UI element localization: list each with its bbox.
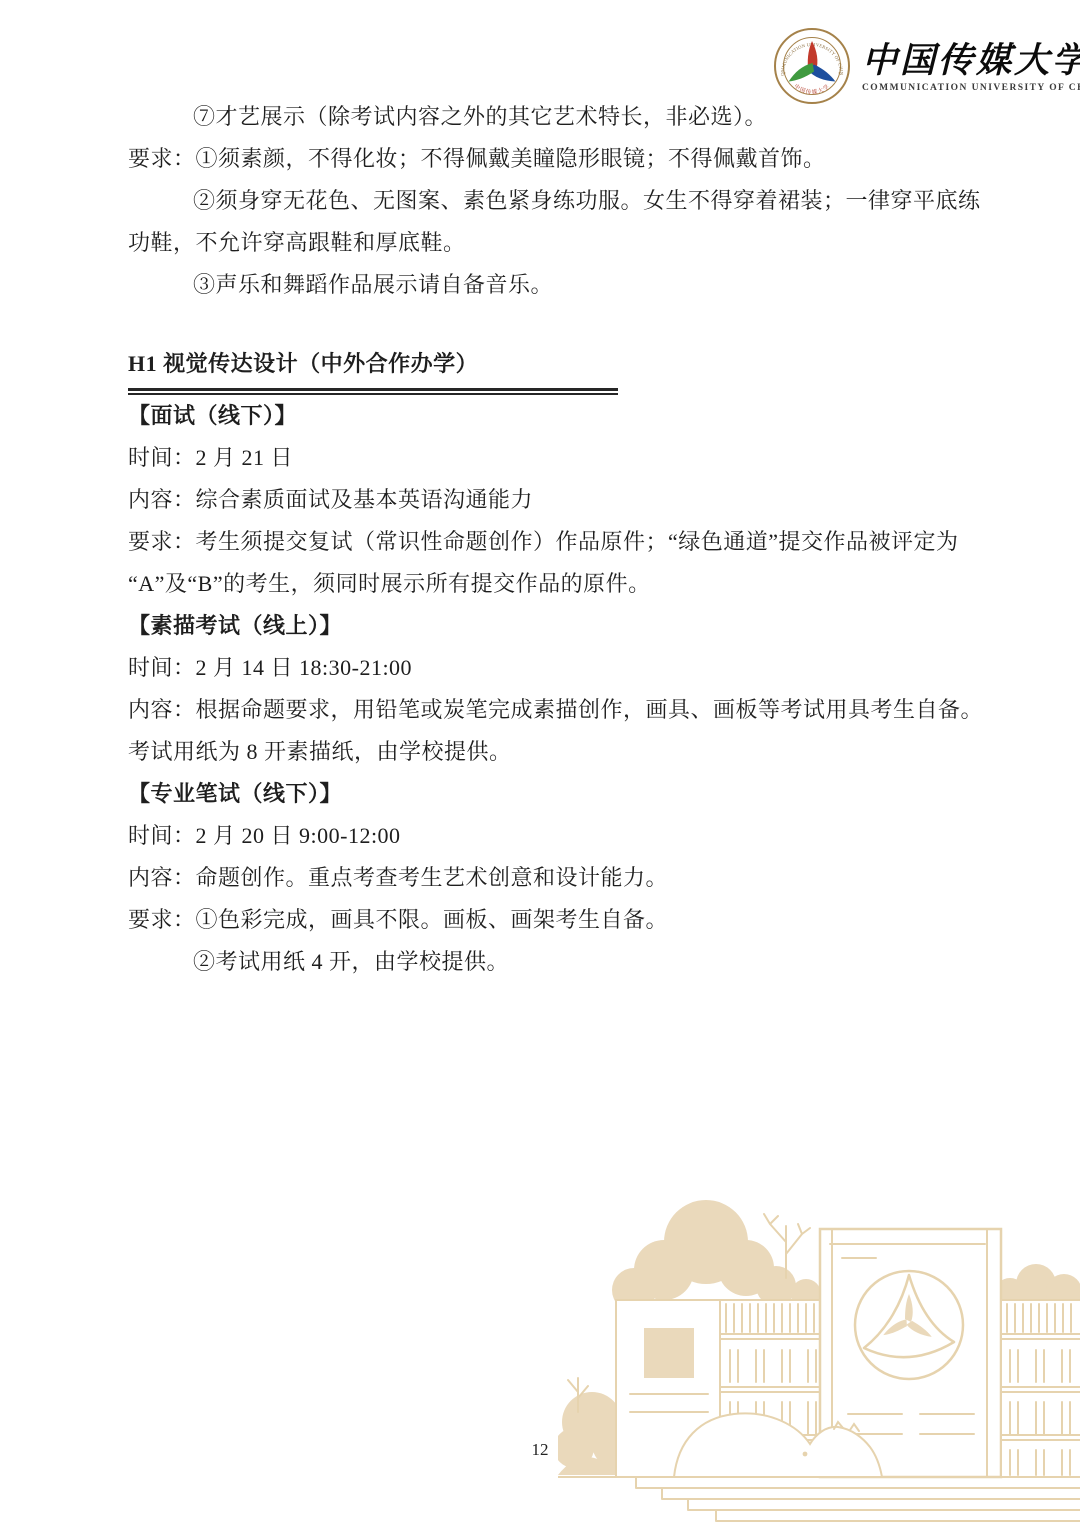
intro-line: ⑦才艺展示（除考试内容之外的其它艺术特长，非必选）。 [128,96,956,138]
exam-subheading-written: 【专业笔试（线下）】 [128,773,956,815]
time-line: 时间：2 月 14 日 18:30-21:00 [128,647,956,689]
university-name-zh: 中国传媒大学 [862,39,1080,83]
requirement-line: 功鞋，不允许穿高跟鞋和厚底鞋。 [128,222,956,264]
heading-divider [128,388,618,395]
content-line: 内容：命题创作。重点考查考生艺术创意和设计能力。 [128,857,956,899]
exam-subheading-interview: 【面试（线下）】 [128,395,956,437]
time-line: 时间：2 月 21 日 [128,437,956,479]
page-number: 12 [0,1440,1080,1460]
document-page: COMMUNICATION UNIVERSITY OF CHINA 中国传媒大学… [0,0,1080,1527]
time-line: 时间：2 月 20 日 9:00-12:00 [128,815,956,857]
requirement-line: ②须身穿无花色、无图案、素色紧身练功服。女生不得穿着裙装；一律穿平底练 [128,180,956,222]
content-line: 考试用纸为 8 开素描纸，由学校提供。 [128,731,956,773]
document-body: ⑦才艺展示（除考试内容之外的其它艺术特长，非必选）。 要求：①须素颜，不得化妆；… [128,96,956,983]
exam-subheading-sketch: 【素描考试（线上）】 [128,605,956,647]
content-line: 内容：综合素质面试及基本英语沟通能力 [128,479,956,521]
major-title: H1 视觉传达设计（中外合作办学） [128,343,956,385]
university-name-en: COMMUNICATION UNIVERSITY OF CHINA [862,83,1080,93]
requirement-line: 要求：考生须提交复试（常识性命题创作）作品原件；“绿色通道”提交作品被评定为 [128,521,956,563]
content-line: 内容：根据命题要求，用铅笔或炭笔完成素描创作，画具、画板等考试用具考生自备。 [128,689,956,731]
library-illustration [558,1182,1080,1527]
university-seal-icon: COMMUNICATION UNIVERSITY OF CHINA 中国传媒大学 [772,26,852,106]
requirement-line: ③声乐和舞蹈作品展示请自备音乐。 [128,264,956,306]
requirement-line: “A”及“B”的考生，须同时展示所有提交作品的原件。 [128,563,956,605]
university-logo: COMMUNICATION UNIVERSITY OF CHINA 中国传媒大学… [772,26,1080,106]
requirement-line: ②考试用纸 4 开，由学校提供。 [128,941,956,983]
requirement-line: 要求：①色彩完成，画具不限。画板、画架考生自备。 [128,899,956,941]
requirement-line: 要求：①须素颜，不得化妆；不得佩戴美瞳隐形眼镜；不得佩戴首饰。 [128,138,956,180]
